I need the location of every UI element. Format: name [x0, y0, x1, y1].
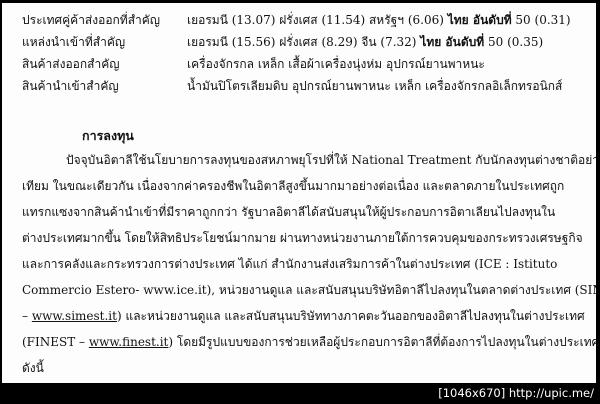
rank-value: 50 (0.35): [484, 35, 543, 49]
paragraph-line: (FINEST – www.finest.it) โดยมีรูปแบบของก…: [22, 332, 596, 352]
info-value: เยอรมนี (13.07) ฝรั่งเศส (11.54) สหรัฐฯ …: [187, 9, 571, 31]
info-value: เยอรมนี (15.56) ฝรั่งเศส (8.29) จีน (7.3…: [187, 31, 543, 53]
text: ) และหน่วยงานดูแล และสนับสนุนบริษัททางภา…: [117, 309, 585, 323]
paragraph-line: เทียม ในขณะเดียวกัน เนื่องจากค่าครองชีพใ…: [22, 176, 564, 196]
value-text: เยอรมนี (13.07) ฝรั่งเศส (11.54) สหรัฐฯ …: [187, 13, 448, 27]
info-label: แหล่งนำเข้าที่สำคัญ: [22, 31, 187, 53]
paragraph-line: – www.simest.it) และหน่วยงานดูแล และสนับ…: [22, 306, 585, 326]
paragraph-line: ดังนี้: [22, 358, 44, 378]
image-frame: ประเทศคู่ค้าส่งออกที่สำคัญ เยอรมนี (13.0…: [0, 0, 600, 404]
text: (FINEST –: [22, 335, 89, 349]
info-label: สินค้าส่งออกสำคัญ: [22, 53, 187, 75]
paragraph-line: ต่างประเทศมากขึ้น โดยให้สิทธิประโยชน์มาก…: [22, 228, 583, 248]
document-page: ประเทศคู่ค้าส่งออกที่สำคัญ เยอรมนี (13.0…: [2, 3, 596, 383]
text: –: [22, 309, 32, 323]
rank-value: 50 (0.31): [512, 13, 571, 27]
thailand-rank-label: ไทย อันดับที่: [420, 35, 484, 49]
finest-link[interactable]: www.finest.it: [89, 335, 169, 349]
image-host-footer: [1046x670] http://upic.me/: [0, 383, 600, 404]
info-value: เครื่องจักรกล เหล็ก เสื้อผ้าเครื่องนุ่งห…: [187, 53, 485, 75]
paragraph-line: Commercio Estero- www.ice.it), หน่วยงานด…: [22, 280, 596, 300]
value-text: เยอรมนี (15.56) ฝรั่งเศส (8.29) จีน (7.3…: [187, 35, 420, 49]
info-value: น้ำมันปิโตรเลียมดิบ อุปกรณ์ยานพาหนะ เหล็…: [187, 75, 562, 97]
info-label: ประเทศคู่ค้าส่งออกที่สำคัญ: [22, 9, 187, 31]
thailand-rank-label: ไทย อันดับที่: [448, 13, 512, 27]
paragraph-line: ปัจจุบันอิตาลีใช้นโยบายการลงทุนของสหภาพย…: [66, 150, 596, 170]
paragraph-line: แทรกแซงจากสินค้านำเข้าที่มีราคาถูกกว่า ร…: [22, 202, 555, 222]
simest-link[interactable]: www.simest.it: [32, 309, 117, 323]
info-label: สินค้านำเข้าสำคัญ: [22, 75, 187, 97]
paragraph-line: และการคลังและกระทรวงการต่างประเทศ ได้แก่…: [22, 254, 557, 274]
text: ) โดยมีรูปแบบของการช่วยเหลือผู้ประกอบการ…: [168, 335, 596, 349]
footer-watermark: [1046x670] http://upic.me/: [438, 385, 594, 401]
section-heading: การลงทุน: [82, 127, 134, 145]
